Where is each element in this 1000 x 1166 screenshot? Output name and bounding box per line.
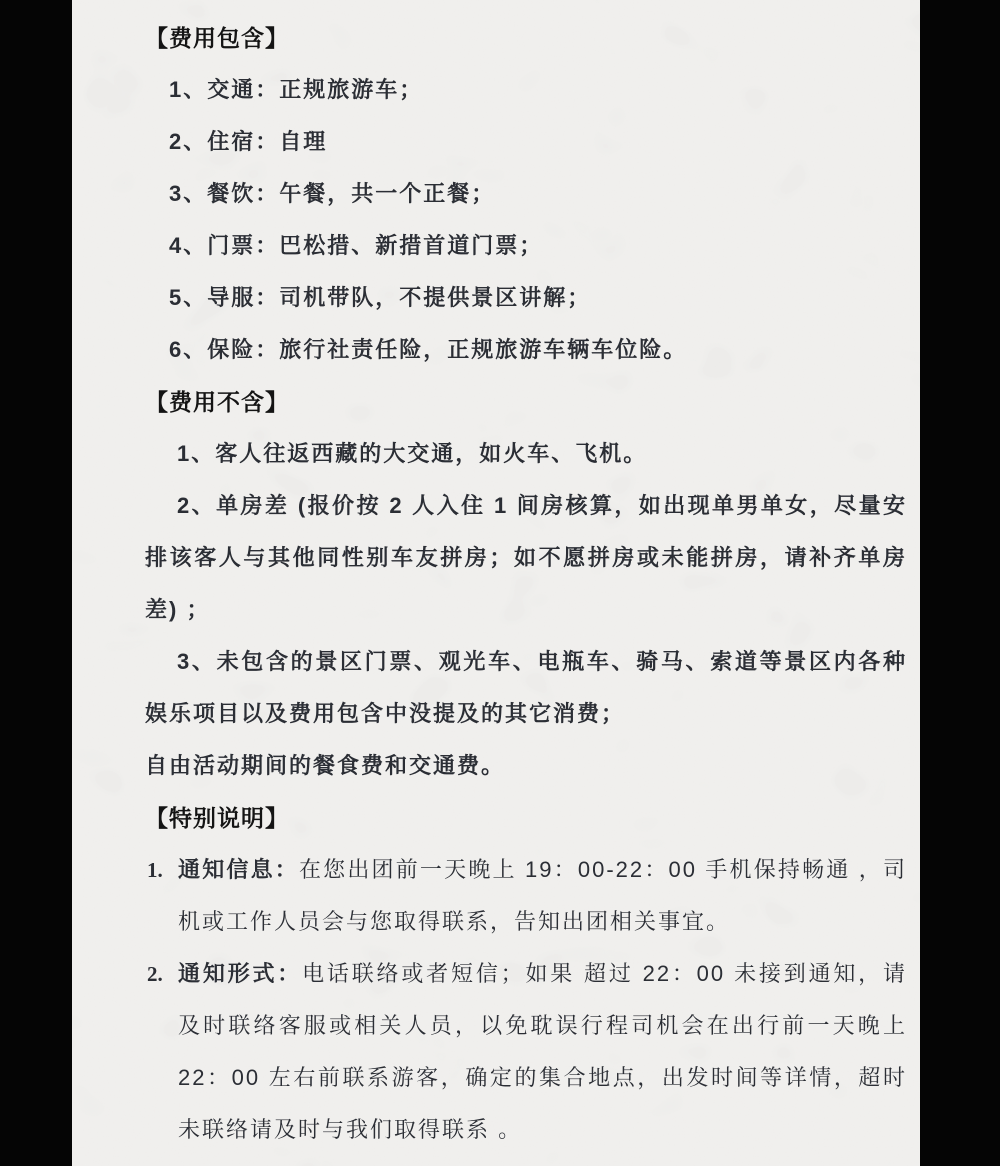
- left-black-bar: [0, 0, 72, 1166]
- document-content: 【费用包含】 1、交通：正规旅游车； 2、住宿：自理 3、餐饮：午餐，共一个正餐…: [145, 12, 907, 1156]
- fee-excluded-item-other-tickets: 3、未包含的景区门票、观光车、电瓶车、骑马、索道等景区内各种娱乐项目以及费用包含…: [145, 636, 907, 740]
- note-number: 1.: [147, 844, 163, 896]
- fee-excluded-item-single-supplement: 2、单房差 (报价按 2 人入住 1 间房核算，如出现单男单女，尽量安排该客人与…: [145, 480, 907, 636]
- fee-included-item-lodging: 2、住宿：自理: [145, 116, 907, 168]
- note-text: 电话联络或者短信；如果 超过 22：00 未接到通知，请及时联络客服或相关人员，…: [178, 961, 907, 1142]
- section-heading-fees-included: 【费用包含】: [145, 12, 907, 64]
- fee-included-item-insurance: 6、保险：旅行社责任险，正规旅游车辆车位险。: [145, 324, 907, 376]
- right-black-bar: [920, 0, 1000, 1166]
- note-label: 通知信息：: [178, 857, 299, 882]
- section-heading-special-notes: 【特别说明】: [145, 792, 907, 844]
- fee-included-item-guide: 5、导服：司机带队，不提供景区讲解；: [145, 272, 907, 324]
- note-paragraph: 通知信息：在您出团前一天晚上 19：00-22：00 手机保持畅通 ，司机或工作…: [178, 844, 907, 948]
- special-note-notification-method: 2. 通知形式：电话联络或者短信；如果 超过 22：00 未接到通知，请及时联络…: [145, 948, 907, 1156]
- page-background: 【费用包含】 1、交通：正规旅游车； 2、住宿：自理 3、餐饮：午餐，共一个正餐…: [0, 0, 1000, 1166]
- special-note-notification-info: 1. 通知信息：在您出团前一天晚上 19：00-22：00 手机保持畅通 ，司机…: [145, 844, 907, 948]
- paper-page: 【费用包含】 1、交通：正规旅游车； 2、住宿：自理 3、餐饮：午餐，共一个正餐…: [72, 0, 920, 1166]
- fee-excluded-free-activity-note: 自由活动期间的餐食费和交通费。: [145, 740, 907, 792]
- fee-excluded-item-big-transport: 1、客人往返西藏的大交通，如火车、飞机。: [145, 428, 907, 480]
- note-label: 通知形式：: [178, 961, 302, 986]
- section-heading-fees-excluded: 【费用不含】: [145, 376, 907, 428]
- note-paragraph: 通知形式：电话联络或者短信；如果 超过 22：00 未接到通知，请及时联络客服或…: [178, 948, 907, 1156]
- fee-included-item-meals: 3、餐饮：午餐，共一个正餐；: [145, 168, 907, 220]
- note-number: 2.: [147, 948, 163, 1000]
- fee-included-item-transport: 1、交通：正规旅游车；: [145, 64, 907, 116]
- fee-included-item-tickets: 4、门票：巴松措、新措首道门票；: [145, 220, 907, 272]
